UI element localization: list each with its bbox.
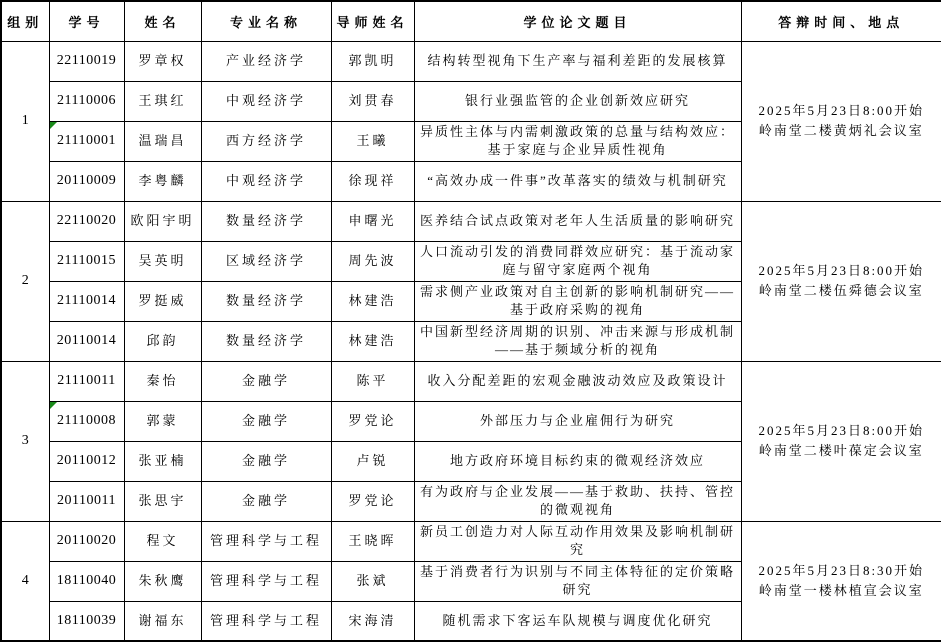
- major-cell: 金融学: [201, 441, 331, 481]
- student-id-cell: 20110011: [49, 481, 124, 521]
- advisor-cell: 郭凯明: [331, 41, 414, 81]
- advisor-cell: 林建浩: [331, 321, 414, 361]
- major-cell: 数量经济学: [201, 201, 331, 241]
- table-body: 122110019罗章权产业经济学郭凯明结构转型视角下生产率与福利差距的发展核算…: [1, 41, 941, 641]
- advisor-cell: 王晓晖: [331, 521, 414, 561]
- header-name: 姓名: [124, 1, 201, 41]
- major-cell: 管理科学与工程: [201, 561, 331, 601]
- advisor-cell: 林建浩: [331, 281, 414, 321]
- advisor-cell: 周先波: [331, 241, 414, 281]
- major-cell: 数量经济学: [201, 321, 331, 361]
- thesis-title-cell: 地方政府环境目标约束的微观经济效应: [414, 441, 741, 481]
- advisor-cell: 刘贯春: [331, 81, 414, 121]
- student-name-cell: 程文: [124, 521, 201, 561]
- major-cell: 管理科学与工程: [201, 521, 331, 561]
- major-cell: 中观经济学: [201, 81, 331, 121]
- thesis-title-cell: 人口流动引发的消费同群效应研究：基于流动家庭与留守家庭两个视角: [414, 241, 741, 281]
- advisor-cell: 张斌: [331, 561, 414, 601]
- advisor-cell: 徐现祥: [331, 161, 414, 201]
- student-name-cell: 温瑞昌: [124, 121, 201, 161]
- defense-time-location-cell: 2025年5月23日8:00开始岭南堂二楼黄炳礼会议室: [741, 41, 941, 201]
- thesis-title-cell: 基于消费者行为识别与不同主体特征的定价策略研究: [414, 561, 741, 601]
- student-name-cell: 李粤麟: [124, 161, 201, 201]
- table-header: 组别 学号 姓名 专业名称 导师姓名 学位论文题目 答辩时间、地点: [1, 1, 941, 41]
- advisor-cell: 申曙光: [331, 201, 414, 241]
- header-defense-time-location: 答辩时间、地点: [741, 1, 941, 41]
- thesis-title-cell: 外部压力与企业雇佣行为研究: [414, 401, 741, 441]
- student-name-cell: 张亚楠: [124, 441, 201, 481]
- student-id-cell: 20110012: [49, 441, 124, 481]
- major-cell: 金融学: [201, 361, 331, 401]
- header-advisor: 导师姓名: [331, 1, 414, 41]
- defense-time-location-cell: 2025年5月23日8:30开始岭南堂一楼林植宣会议室: [741, 521, 941, 641]
- header-major: 专业名称: [201, 1, 331, 41]
- student-id-cell: 21110008: [49, 401, 124, 441]
- student-id-cell: 20110020: [49, 521, 124, 561]
- major-cell: 中观经济学: [201, 161, 331, 201]
- defense-time: 2025年5月23日8:00开始: [745, 101, 939, 121]
- header-thesis-title: 学位论文题目: [414, 1, 741, 41]
- thesis-title-cell: 有为政府与企业发展——基于救助、扶持、管控的微观视角: [414, 481, 741, 521]
- advisor-cell: 王曦: [331, 121, 414, 161]
- student-name-cell: 王琪红: [124, 81, 201, 121]
- defense-time-location-cell: 2025年5月23日8:00开始岭南堂二楼伍舜德会议室: [741, 201, 941, 361]
- student-id-cell: 21110011: [49, 361, 124, 401]
- student-name-cell: 罗挺威: [124, 281, 201, 321]
- defense-location: 岭南堂二楼伍舜德会议室: [745, 281, 939, 301]
- table-row: 321110011秦怡金融学陈平收入分配差距的宏观金融波动效应及政策设计2025…: [1, 361, 941, 401]
- group-number-cell: 4: [1, 521, 49, 641]
- student-name-cell: 欧阳宇明: [124, 201, 201, 241]
- group-number-cell: 3: [1, 361, 49, 521]
- student-name-cell: 谢福东: [124, 601, 201, 641]
- defense-time: 2025年5月23日8:00开始: [745, 261, 939, 281]
- student-name-cell: 吴英明: [124, 241, 201, 281]
- group-number-cell: 1: [1, 41, 49, 201]
- advisor-cell: 宋海清: [331, 601, 414, 641]
- thesis-title-cell: 新员工创造力对人际互动作用效果及影响机制研究: [414, 521, 741, 561]
- defense-location: 岭南堂二楼叶葆定会议室: [745, 441, 939, 461]
- student-name-cell: 罗章权: [124, 41, 201, 81]
- student-id-cell: 22110019: [49, 41, 124, 81]
- major-cell: 金融学: [201, 401, 331, 441]
- student-id-cell: 20110009: [49, 161, 124, 201]
- defense-schedule-table: 组别 学号 姓名 专业名称 导师姓名 学位论文题目 答辩时间、地点 122110…: [0, 0, 941, 642]
- thesis-title-cell: 中国新型经济周期的识别、冲击来源与形成机制——基于频域分析的视角: [414, 321, 741, 361]
- student-name-cell: 朱秋鹰: [124, 561, 201, 601]
- defense-time: 2025年5月23日8:00开始: [745, 421, 939, 441]
- major-cell: 管理科学与工程: [201, 601, 331, 641]
- student-id-cell: 22110020: [49, 201, 124, 241]
- header-student-id: 学号: [49, 1, 124, 41]
- thesis-title-cell: 异质性主体与内需刺激政策的总量与结构效应：基于家庭与企业异质性视角: [414, 121, 741, 161]
- defense-time-location-cell: 2025年5月23日8:00开始岭南堂二楼叶葆定会议室: [741, 361, 941, 521]
- student-id-cell: 21110006: [49, 81, 124, 121]
- major-cell: 区域经济学: [201, 241, 331, 281]
- advisor-cell: 罗党论: [331, 481, 414, 521]
- advisor-cell: 卢锐: [331, 441, 414, 481]
- student-id-cell: 21110001: [49, 121, 124, 161]
- header-group: 组别: [1, 1, 49, 41]
- thesis-title-cell: “高效办成一件事”改革落实的绩效与机制研究: [414, 161, 741, 201]
- student-name-cell: 秦怡: [124, 361, 201, 401]
- defense-time: 2025年5月23日8:30开始: [745, 561, 939, 581]
- major-cell: 数量经济学: [201, 281, 331, 321]
- thesis-title-cell: 需求侧产业政策对自主创新的影响机制研究——基于政府采购的视角: [414, 281, 741, 321]
- defense-location: 岭南堂一楼林植宣会议室: [745, 581, 939, 601]
- advisor-cell: 罗党论: [331, 401, 414, 441]
- student-id-cell: 18110039: [49, 601, 124, 641]
- student-name-cell: 张思宇: [124, 481, 201, 521]
- defense-location: 岭南堂二楼黄炳礼会议室: [745, 121, 939, 141]
- thesis-title-cell: 收入分配差距的宏观金融波动效应及政策设计: [414, 361, 741, 401]
- student-id-cell: 20110014: [49, 321, 124, 361]
- student-name-cell: 郭蒙: [124, 401, 201, 441]
- group-number-cell: 2: [1, 201, 49, 361]
- thesis-title-cell: 结构转型视角下生产率与福利差距的发展核算: [414, 41, 741, 81]
- table-row: 122110019罗章权产业经济学郭凯明结构转型视角下生产率与福利差距的发展核算…: [1, 41, 941, 81]
- table-row: 420110020程文管理科学与工程王晓晖新员工创造力对人际互动作用效果及影响机…: [1, 521, 941, 561]
- student-id-cell: 21110015: [49, 241, 124, 281]
- student-name-cell: 邱韵: [124, 321, 201, 361]
- student-id-cell: 18110040: [49, 561, 124, 601]
- thesis-title-cell: 随机需求下客运车队规模与调度优化研究: [414, 601, 741, 641]
- major-cell: 金融学: [201, 481, 331, 521]
- student-id-cell: 21110014: [49, 281, 124, 321]
- thesis-title-cell: 医养结合试点政策对老年人生活质量的影响研究: [414, 201, 741, 241]
- table-row: 222110020欧阳宇明数量经济学申曙光医养结合试点政策对老年人生活质量的影响…: [1, 201, 941, 241]
- major-cell: 西方经济学: [201, 121, 331, 161]
- advisor-cell: 陈平: [331, 361, 414, 401]
- thesis-title-cell: 银行业强监管的企业创新效应研究: [414, 81, 741, 121]
- major-cell: 产业经济学: [201, 41, 331, 81]
- header-row: 组别 学号 姓名 专业名称 导师姓名 学位论文题目 答辩时间、地点: [1, 1, 941, 41]
